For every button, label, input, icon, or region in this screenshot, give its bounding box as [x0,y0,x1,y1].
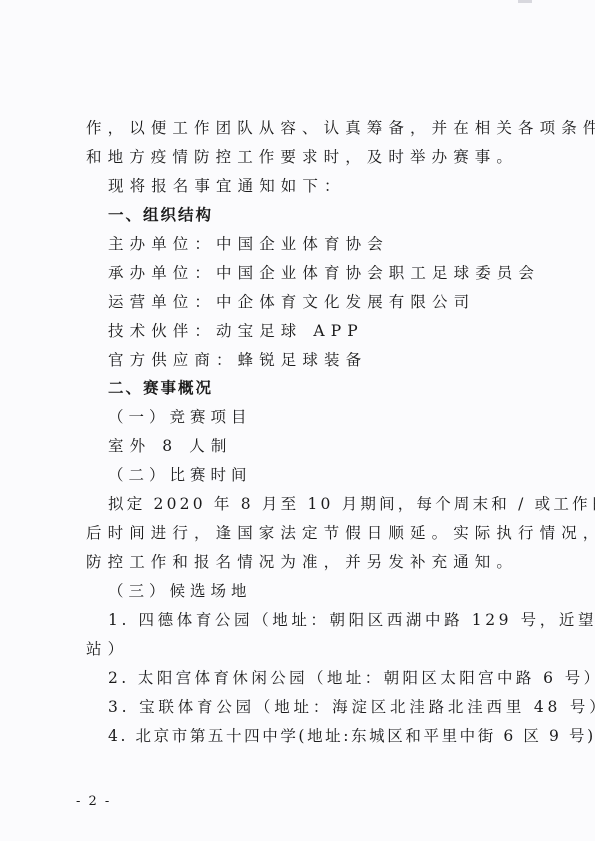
paragraph-line: 防控工作和报名情况为准，并另发补充通知。 [86,552,522,572]
page-number: - 2 - [76,794,111,809]
venue-item: 1. 四德体育公园（地址：朝阳区西湖中路 129 号，近望京西 [108,610,544,630]
section-heading-organization: 一、组织结构 [108,205,544,225]
paragraph-line: 现将报名事宜通知如下： [108,176,544,196]
venue-item: 2. 太阳宫体育休闲公园（地址：朝阳区太阳宫中路 6 号） [108,668,544,688]
section-heading-overview: 二、赛事概况 [108,378,544,398]
organizer-line: 主办单位：中国企业体育协会 [108,234,544,254]
scan-artifact [518,0,532,3]
venue-item: 3. 宝联体育公园（地址：海淀区北洼路北洼西里 48 号） [108,697,544,717]
paragraph-line: 拟定 2020 年 8 月至 10 月期间，每个周末和 / 或工作日下班 [108,494,544,514]
official-supplier-line: 官方供应商：蜂锐足球装备 [108,350,544,370]
paragraph-line: 和地方疫情防控工作要求时，及时举办赛事。 [86,147,522,167]
operator-line: 运营单位：中企体育文化发展有限公司 [108,292,544,312]
tech-partner-line: 技术伙伴：动宝足球 APP [108,321,544,341]
paragraph-line: 后时间进行，逢国家法定节假日顺延。实际执行情况，将以疫情 [86,523,522,543]
co-organizer-line: 承办单位：中国企业体育协会职工足球委员会 [108,263,544,283]
paragraph-line: 作，以便工作团队从容、认真筹备，并在相关各项条件达到国家 [86,118,522,138]
subsection-heading-event: （一）竞赛项目 [108,407,544,427]
venue-item-continuation: 站） [86,639,522,659]
subsection-heading-time: （二）比赛时间 [108,465,544,485]
event-format-line: 室外 8 人制 [108,436,544,456]
document-page: 作，以便工作团队从容、认真筹备，并在相关各项条件达到国家 和地方疫情防控工作要求… [0,0,595,841]
venue-item: 4. 北京市第五十四中学(地址:东城区和平里中街 6 区 9 号) [108,726,544,746]
subsection-heading-venues: （三）候选场地 [108,581,544,601]
